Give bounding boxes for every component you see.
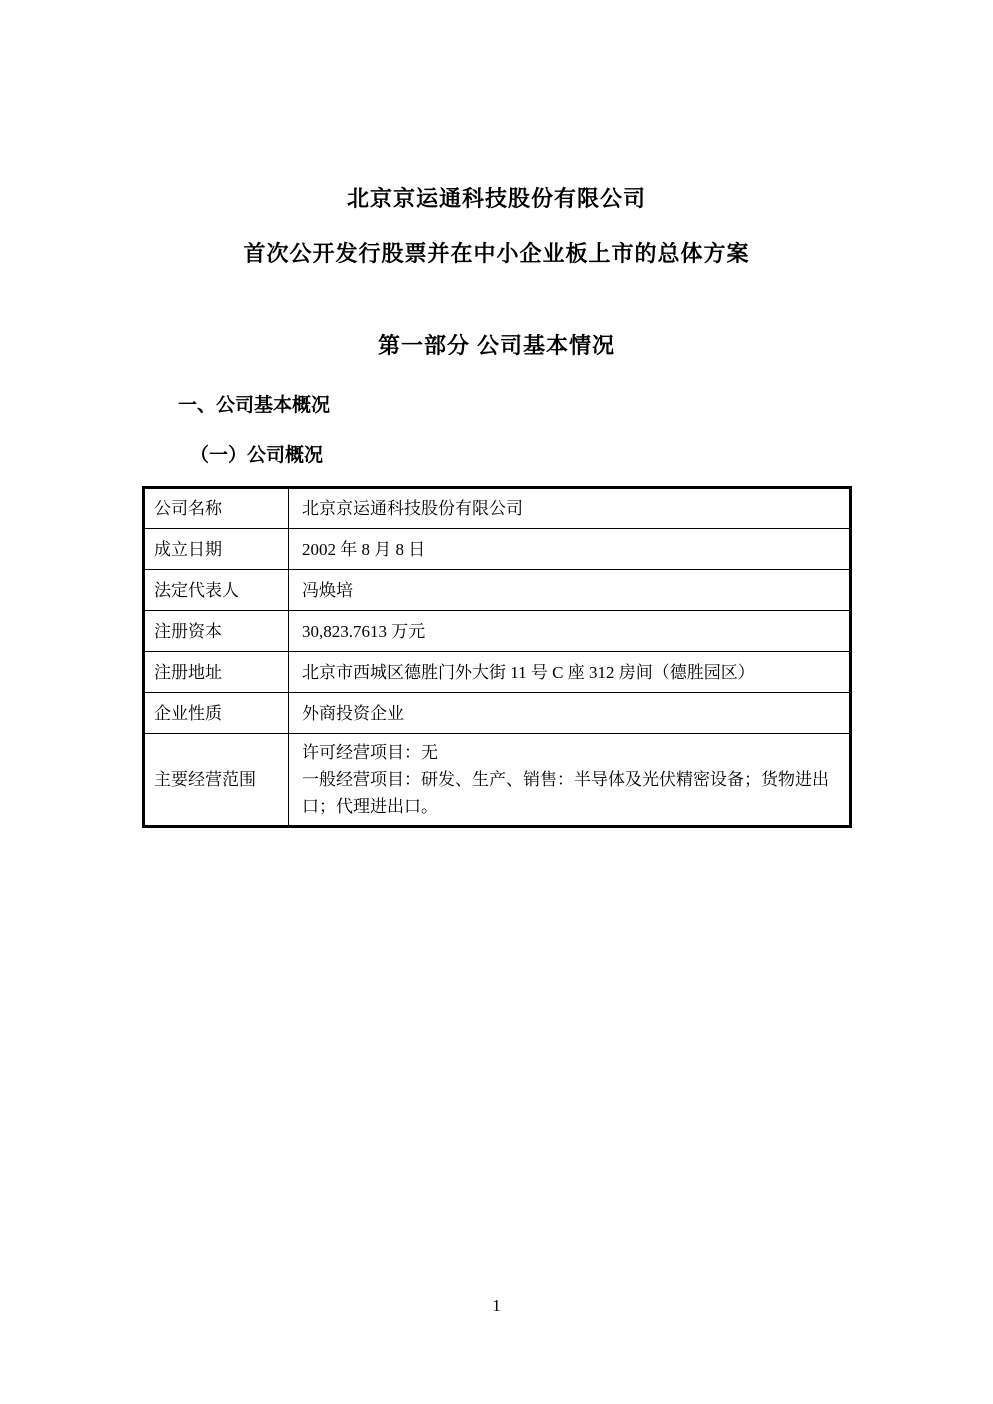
field-value: 30,823.7613 万元: [289, 611, 851, 652]
field-label: 主要经营范围: [144, 734, 289, 827]
table-row-company-name: 公司名称 北京京运通科技股份有限公司: [144, 488, 851, 529]
field-value: 许可经营项目：无 一般经营项目：研发、生产、销售：半导体及光伏精密设备；货物进出…: [289, 734, 851, 827]
document-title-line2: 首次公开发行股票并在中小企业板上市的总体方案: [0, 241, 993, 267]
section-heading: 第一部分 公司基本情况: [0, 333, 993, 359]
page-number: 1: [0, 1296, 993, 1316]
field-label: 成立日期: [144, 529, 289, 570]
field-value: 北京市西城区德胜门外大街 11 号 C 座 312 房间（德胜园区）: [289, 652, 851, 693]
field-value: 外商投资企业: [289, 693, 851, 734]
field-label: 法定代表人: [144, 570, 289, 611]
field-value: 北京京运通科技股份有限公司: [289, 488, 851, 529]
field-value: 2002 年 8 月 8 日: [289, 529, 851, 570]
subsection-heading-1: 一、公司基本概况: [178, 395, 993, 417]
subsection-heading-2: （一）公司概况: [190, 445, 993, 467]
table-row-founding-date: 成立日期 2002 年 8 月 8 日: [144, 529, 851, 570]
field-label: 企业性质: [144, 693, 289, 734]
field-label: 公司名称: [144, 488, 289, 529]
company-overview-table: 公司名称 北京京运通科技股份有限公司 成立日期 2002 年 8 月 8 日 法…: [142, 486, 852, 828]
document-title-line1: 北京京运通科技股份有限公司: [0, 186, 993, 212]
table-row-legal-representative: 法定代表人 冯焕培: [144, 570, 851, 611]
table-row-business-scope: 主要经营范围 许可经营项目：无 一般经营项目：研发、生产、销售：半导体及光伏精密…: [144, 734, 851, 827]
table-row-registered-capital: 注册资本 30,823.7613 万元: [144, 611, 851, 652]
table-row-enterprise-type: 企业性质 外商投资企业: [144, 693, 851, 734]
document-page: 北京京运通科技股份有限公司 首次公开发行股票并在中小企业板上市的总体方案 第一部…: [0, 0, 993, 1404]
field-label: 注册地址: [144, 652, 289, 693]
table-row-registered-address: 注册地址 北京市西城区德胜门外大街 11 号 C 座 312 房间（德胜园区）: [144, 652, 851, 693]
field-value: 冯焕培: [289, 570, 851, 611]
field-label: 注册资本: [144, 611, 289, 652]
